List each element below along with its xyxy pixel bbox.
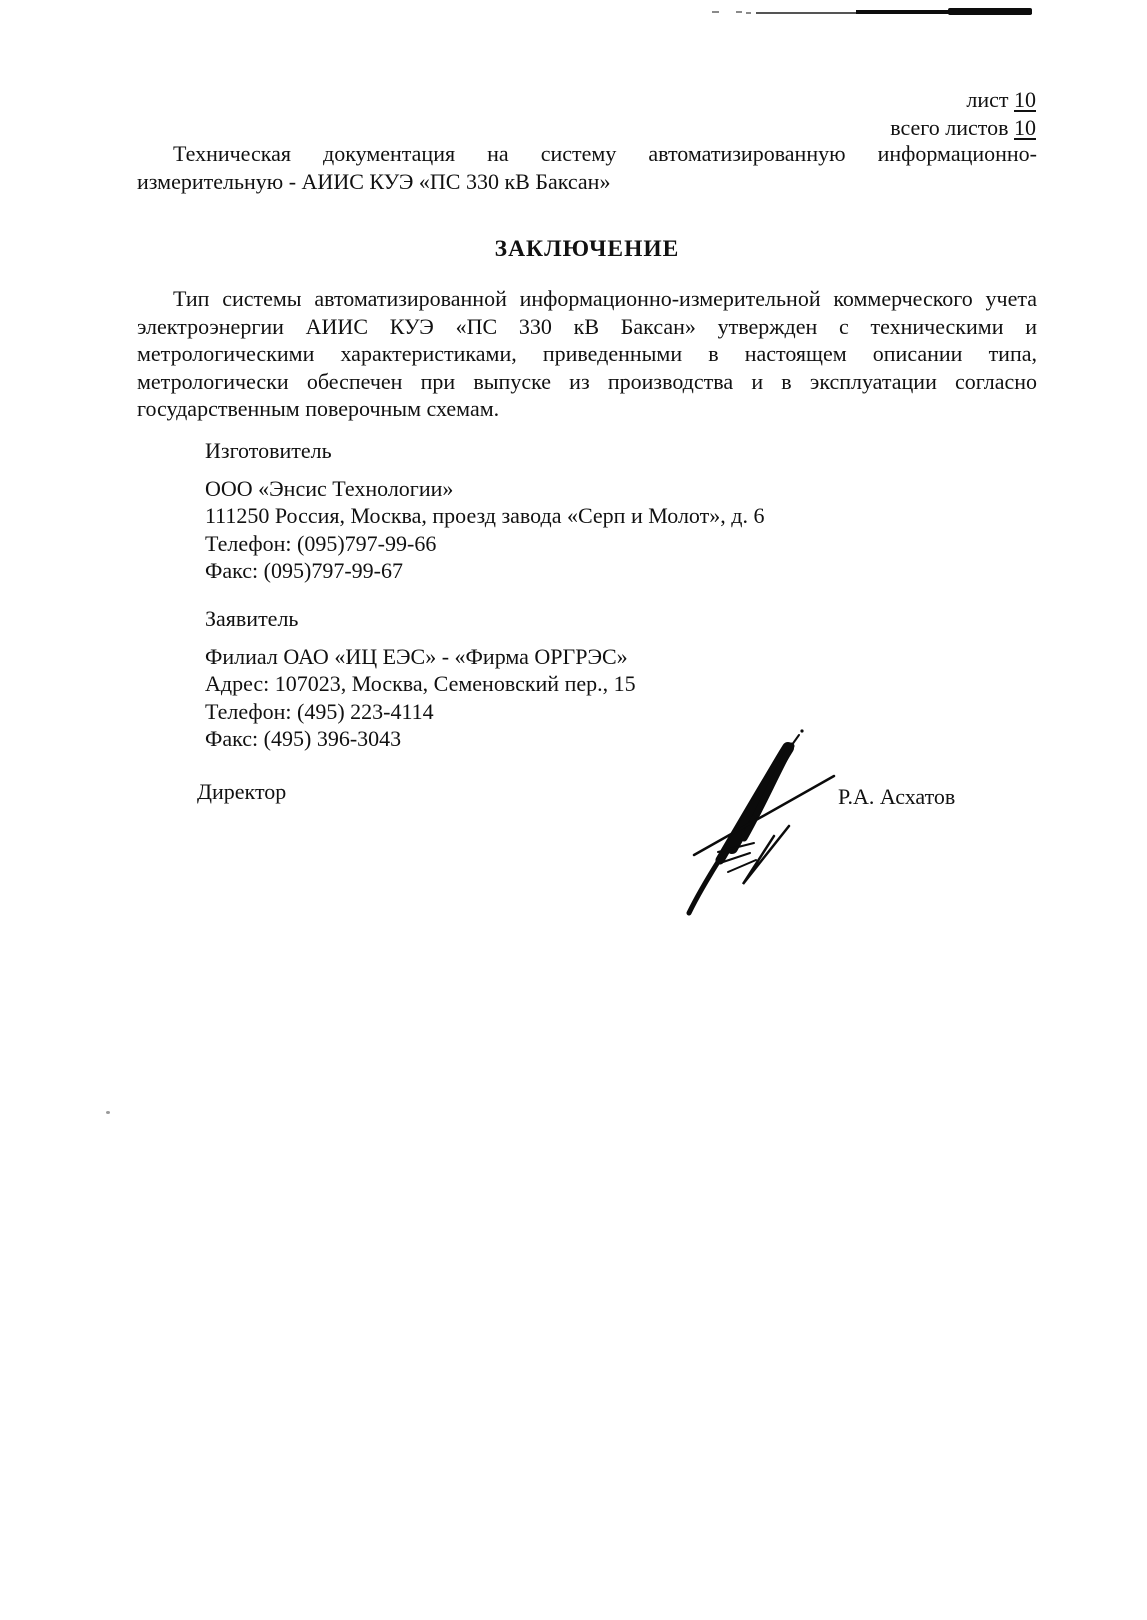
scan-artifact-dash [712,11,719,13]
scan-artifact-dash [746,12,751,14]
total-sheets-line: всего листов 10 [890,114,1036,142]
manufacturer-section: Изготовитель ООО «Энсис Технологии» 1112… [205,437,764,585]
signatory-name: Р.А. Асхатов [838,783,955,811]
applicant-phone: Телефон: (495) 223-4114 [205,698,636,726]
manufacturer-label: Изготовитель [205,437,764,465]
applicant-section: Заявитель Филиал ОАО «ИЦ ЕЭС» - «Фирма О… [205,605,636,753]
sheet-number: 10 [1014,87,1036,112]
section-heading: ЗАКЛЮЧЕНИЕ [137,236,1037,263]
scan-artifact-dash [736,11,742,13]
sheet-counter: лист 10 всего листов 10 [890,86,1036,141]
total-sheets-number: 10 [1014,115,1036,140]
applicant-label: Заявитель [205,605,636,633]
manufacturer-address: 111250 Россия, Москва, проезд завода «Се… [205,502,764,530]
sheet-number-line: лист 10 [890,86,1036,114]
manufacturer-fax: Факс: (095)797-99-67 [205,557,764,585]
document-page: лист 10 всего листов 10 Техническая доку… [0,0,1147,1620]
sheet-label: лист [966,87,1008,112]
manufacturer-name: ООО «Энсис Технологии» [205,475,764,503]
handwritten-signature [648,702,860,922]
applicant-name: Филиал ОАО «ИЦ ЕЭС» - «Фирма ОРГРЭС» [205,643,636,671]
manufacturer-phone: Телефон: (095)797-99-66 [205,530,764,558]
applicant-address: Адрес: 107023, Москва, Семеновский пер.,… [205,670,636,698]
director-role-label: Директор [197,778,286,806]
conclusion-paragraph: Тип системы автоматизированной информаци… [137,285,1037,423]
scan-artifact-line [948,8,1032,15]
scan-artifact-line [756,12,856,14]
applicant-fax: Факс: (495) 396-3043 [205,725,636,753]
scan-artifact-speck [106,1111,110,1114]
document-title: Техническая документация на систему авто… [137,140,1037,195]
total-sheets-label: всего листов [890,115,1008,140]
